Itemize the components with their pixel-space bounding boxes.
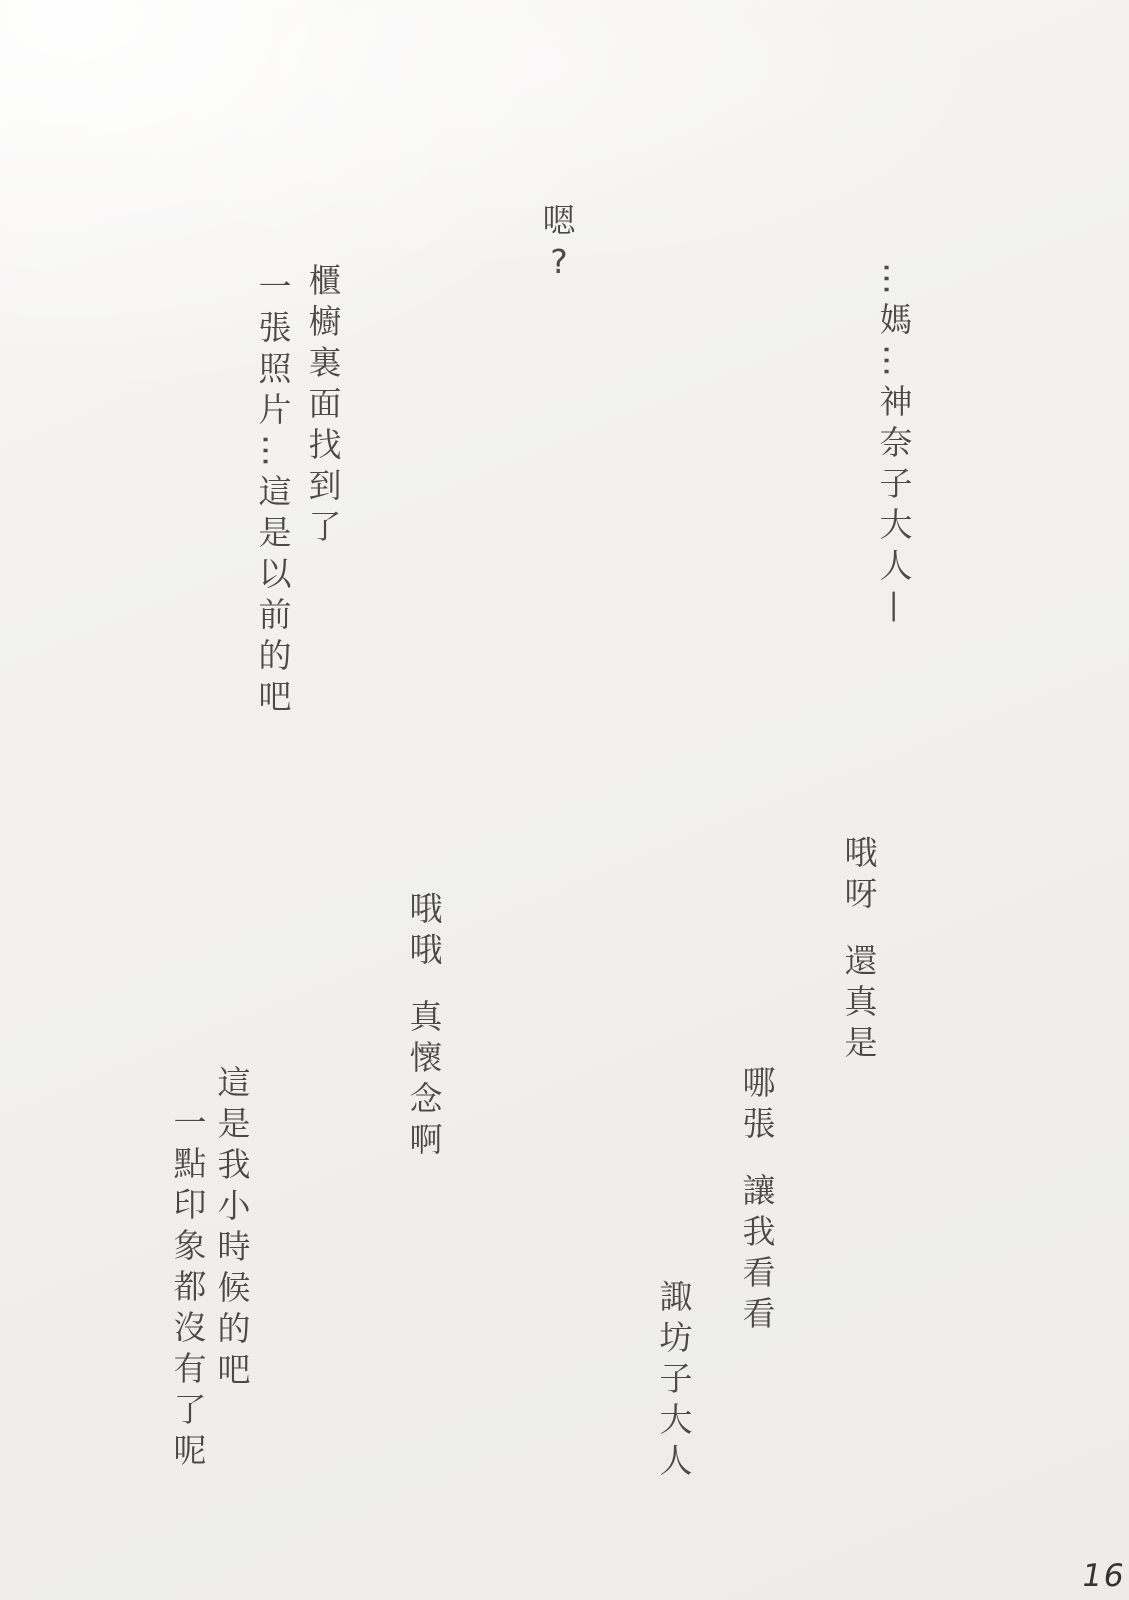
glyph: — xyxy=(876,586,917,627)
glyph: 哪 xyxy=(739,1062,780,1103)
glyph: 讓 xyxy=(739,1170,780,1211)
glyph: 子 xyxy=(656,1358,697,1399)
glyph: 人 xyxy=(876,545,917,586)
dialogue-childhood-line-2: 一點印象都沒有了呢 xyxy=(170,1102,211,1471)
glyph: 櫃 xyxy=(305,260,346,301)
glyph: 櫥 xyxy=(305,301,346,342)
dialogue-which-one-line-1: 哪張讓我看看 xyxy=(739,1062,780,1334)
glyph: 小 xyxy=(214,1185,255,1226)
dialogue-found-photo-line-1: 櫃櫥裏面找到了 xyxy=(305,260,346,547)
glyph: 時 xyxy=(214,1226,255,1267)
glyph: 啊 xyxy=(406,1119,447,1160)
dialogue-childhood-line-1: 這是我小時候的吧 xyxy=(214,1062,255,1390)
scanned-page: …媽…神奈子大人— 嗯? 櫃櫥裏面找到了 一張照片…這是以前的吧 哦呀還真是 哦… xyxy=(0,0,1129,1600)
glyph: 呀 xyxy=(841,873,882,914)
glyph: 大 xyxy=(876,504,917,545)
glyph: 子 xyxy=(876,463,917,504)
glyph: 我 xyxy=(739,1211,780,1252)
glyph: 這 xyxy=(214,1062,255,1103)
glyph: 以 xyxy=(255,553,296,594)
glyph: 有 xyxy=(170,1348,211,1389)
glyph: 是 xyxy=(255,512,296,553)
glyph: 吧 xyxy=(214,1349,255,1390)
glyph: … xyxy=(876,258,917,299)
glyph: 真 xyxy=(841,981,882,1022)
glyph: … xyxy=(876,340,917,381)
glyph: 我 xyxy=(214,1144,255,1185)
glyph: 哦 xyxy=(406,888,447,929)
dialogue-hmm-line-1: 嗯? xyxy=(539,200,580,282)
glyph xyxy=(406,970,447,996)
glyph: 哦 xyxy=(841,832,882,873)
glyph: … xyxy=(255,430,296,471)
glyph: 真 xyxy=(406,996,447,1037)
glyph: 還 xyxy=(841,940,882,981)
glyph: 這 xyxy=(255,471,296,512)
glyph: 印 xyxy=(170,1184,211,1225)
glyph: ? xyxy=(539,241,580,282)
glyph: 奈 xyxy=(876,422,917,463)
glyph: 的 xyxy=(255,635,296,676)
glyph: 張 xyxy=(739,1103,780,1144)
glyph: 一 xyxy=(255,266,296,307)
glyph: 找 xyxy=(305,424,346,465)
glyph: 哦 xyxy=(406,929,447,970)
glyph xyxy=(841,914,882,940)
glyph: 媽 xyxy=(876,299,917,340)
glyph: 嗯 xyxy=(539,200,580,241)
glyph: 呢 xyxy=(170,1430,211,1471)
glyph: 坊 xyxy=(656,1317,697,1358)
glyph: 人 xyxy=(656,1440,697,1481)
dialogue-nostalgic-line-1: 哦哦真懷念啊 xyxy=(406,888,447,1160)
dialogue-found-photo-line-2: 一張照片…這是以前的吧 xyxy=(255,266,296,717)
glyph: 了 xyxy=(305,506,346,547)
dialogue-oh-my-line-1: 哦呀還真是 xyxy=(841,832,882,1063)
dialogue-call-kanako-line-1: …媽…神奈子大人— xyxy=(876,258,917,627)
glyph: 神 xyxy=(876,381,917,422)
glyph: 到 xyxy=(305,465,346,506)
glyph: 吧 xyxy=(255,676,296,717)
glyph: 諏 xyxy=(656,1276,697,1317)
glyph: 照 xyxy=(255,348,296,389)
glyph: 念 xyxy=(406,1078,447,1119)
glyph: 是 xyxy=(841,1022,882,1063)
glyph: 的 xyxy=(214,1308,255,1349)
glyph: 片 xyxy=(255,389,296,430)
glyph: 看 xyxy=(739,1252,780,1293)
glyph: 沒 xyxy=(170,1307,211,1348)
glyph: 前 xyxy=(255,594,296,635)
glyph: 都 xyxy=(170,1266,211,1307)
dialogue-call-suwako-line-1: 諏坊子大人 xyxy=(656,1276,697,1481)
glyph: 大 xyxy=(656,1399,697,1440)
glyph xyxy=(739,1144,780,1170)
glyph: 一 xyxy=(170,1102,211,1143)
glyph: 了 xyxy=(170,1389,211,1430)
glyph: 點 xyxy=(170,1143,211,1184)
page-number: 16 xyxy=(1079,1558,1129,1594)
glyph: 裏 xyxy=(305,342,346,383)
glyph: 候 xyxy=(214,1267,255,1308)
glyph: 是 xyxy=(214,1103,255,1144)
glyph: 象 xyxy=(170,1225,211,1266)
glyph: 張 xyxy=(255,307,296,348)
glyph: 懷 xyxy=(406,1037,447,1078)
glyph: 面 xyxy=(305,383,346,424)
glyph: 看 xyxy=(739,1293,780,1334)
